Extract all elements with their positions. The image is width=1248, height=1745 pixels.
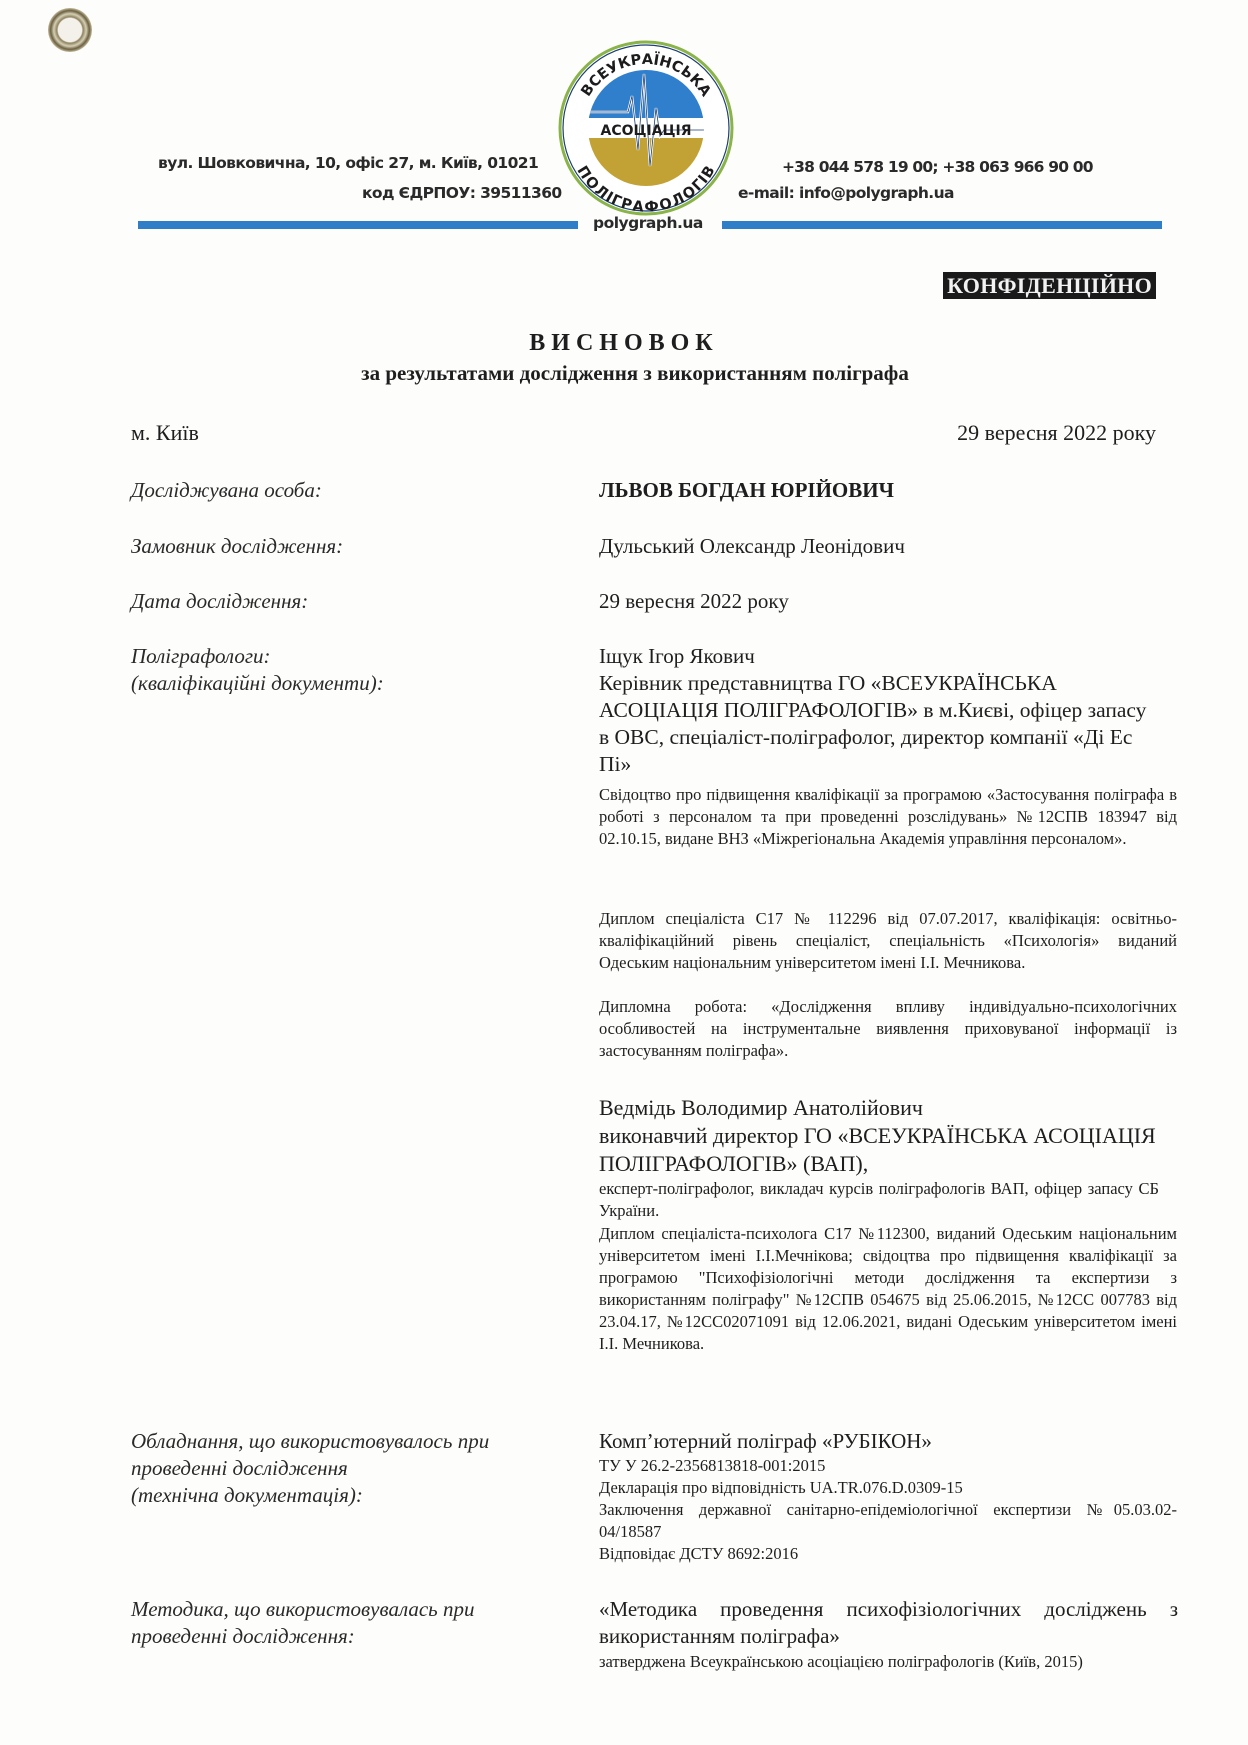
letterhead-website: polygraph.ua: [593, 214, 703, 232]
equipment-spec: ТУ У 26.2-2356813818-001:2015: [599, 1455, 1177, 1477]
equipment-label-line3: (технічна документація):: [131, 1482, 489, 1509]
equipment-value: Комп’ютерний поліграф «РУБІКОН» ТУ У 26.…: [599, 1428, 1178, 1565]
subject-label: Досліджувана особа:: [131, 477, 322, 504]
expert-1-diploma: Диплом спеціаліста С17 № 112296 від 07.0…: [599, 908, 1177, 974]
polygraphers-label-line1: Поліграфологи:: [131, 643, 384, 670]
document-place: м. Київ: [131, 420, 199, 446]
equipment-declaration: Декларація про відповідність UA.TR.076.D…: [599, 1477, 1177, 1499]
polygraphers-label: Поліграфологи: (кваліфікаційні документи…: [131, 643, 384, 697]
svg-text:АСОЦІАЦІЯ: АСОЦІАЦІЯ: [600, 123, 691, 139]
customer-value: Дульський Олександр Леонідович: [599, 533, 1178, 560]
methodology-name: «Методика проведення психофізіологічних …: [599, 1596, 1178, 1650]
association-logo-icon: АСОЦІАЦІЯ ВСЕУКРАЇНСЬКА ПОЛІГРАФОЛОГІВ: [556, 38, 736, 216]
expert-1-name: Іщук Ігор Якович: [599, 643, 1159, 670]
expert-2-position: виконавчий директор ГО «ВСЕУКРАЇНСЬКА АС…: [599, 1122, 1159, 1178]
letterhead-rule-right: [722, 221, 1162, 229]
expert-2-name: Ведмідь Володимир Анатолійович: [599, 1094, 1159, 1122]
binder-grommet: [48, 8, 92, 52]
equipment-sanitary-conclusion: Заключення державної санітарно-епідеміол…: [599, 1499, 1177, 1543]
expert-1-thesis: Дипломна робота: «Дослідження впливу інд…: [599, 996, 1177, 1062]
study-date-label: Дата дослідження:: [131, 588, 308, 615]
equipment-label-line1: Обладнання, що використовувалось при: [131, 1428, 489, 1455]
expert-2-documents: Диплом спеціаліста-психолога С17 №112300…: [599, 1223, 1177, 1355]
equipment-name: Комп’ютерний поліграф «РУБІКОН»: [599, 1428, 1178, 1455]
letterhead-edrpou: код ЄДРПОУ: 39511360: [362, 184, 562, 202]
letterhead-rule-left: [138, 221, 578, 229]
letterhead-phones: +38 044 578 19 00; +38 063 966 90 00: [782, 158, 1093, 176]
methodology-label-line2: проведенні дослідження:: [131, 1623, 475, 1650]
study-date-value: 29 вересня 2022 року: [599, 588, 1178, 615]
expert-1: Іщук Ігор Якович Керівник представництва…: [599, 643, 1159, 778]
equipment-label-line2: проведенні дослідження: [131, 1455, 489, 1482]
methodology-label-line1: Методика, що використовувалась при: [131, 1596, 475, 1623]
expert-1-position: Керівник представництва ГО «ВСЕУКРАЇНСЬК…: [599, 670, 1159, 778]
document-date: 29 вересня 2022 року: [957, 420, 1156, 446]
confidential-stamp: КОНФІДЕНЦІЙНО: [943, 272, 1156, 299]
subject-value: ЛЬВОВ БОГДАН ЮРІЙОВИЧ: [599, 477, 1178, 504]
customer-label: Замовник дослідження:: [131, 533, 343, 560]
equipment-standard: Відповідає ДСТУ 8692:2016: [599, 1543, 1177, 1565]
letterhead-email: e-mail: info@polygraph.ua: [738, 184, 954, 202]
methodology-approval: затверджена Всеукраїнською асоціацією по…: [599, 1651, 1177, 1673]
polygraphers-label-line2: (кваліфікаційні документи):: [131, 670, 384, 697]
document-title: ВИСНОВОК: [0, 330, 1248, 357]
expert-2: Ведмідь Володимир Анатолійович виконавчи…: [599, 1094, 1159, 1178]
document-subtitle: за результатами дослідження з використан…: [0, 361, 1248, 386]
methodology-label: Методика, що використовувалась при прове…: [131, 1596, 475, 1650]
expert-2-roles: експерт-поліграфолог, викладач курсів по…: [599, 1178, 1159, 1222]
expert-1-certificate: Свідоцтво про підвищення кваліфікації за…: [599, 784, 1177, 850]
equipment-label: Обладнання, що використовувалось при про…: [131, 1428, 489, 1509]
letterhead-address: вул. Шовковична, 10, офіс 27, м. Київ, 0…: [158, 154, 538, 172]
